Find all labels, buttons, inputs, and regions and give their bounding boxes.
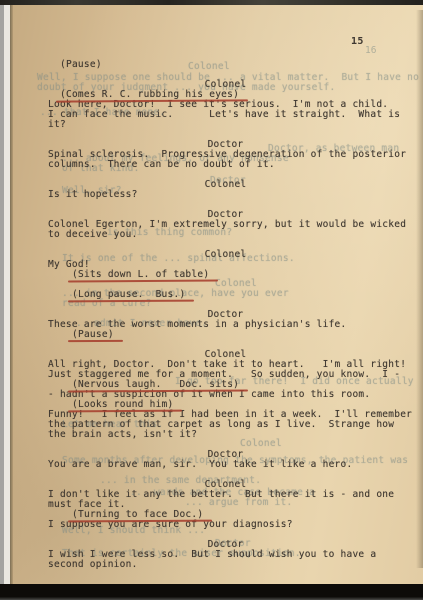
red-underlined-text: (Nervous laugh. Doc. sits)	[72, 380, 239, 390]
red-underlined-text: (Turning to face Doc.)	[72, 510, 203, 520]
dialogue-line: to deceive you.	[48, 230, 403, 240]
red-underlined-text: (Looks round him)	[72, 400, 173, 410]
speaker-name: Colonel	[48, 250, 403, 260]
scan-edge-bottom	[0, 584, 423, 600]
dialogue-line: I can face the music. Let's have it stra…	[48, 110, 403, 120]
dialogue-line: (Pause)	[48, 60, 403, 70]
scanned-typescript-page: ColonelWell, I suppose one should be ...…	[0, 0, 423, 600]
dialogue-line: columns. There can be no doubt of it.	[48, 160, 403, 170]
dialogue-line: the brain acts, isn't it?	[48, 430, 403, 440]
stage-direction-line: (Pause)	[48, 330, 403, 340]
dialogue-line: it?	[48, 120, 403, 130]
paper: ColonelWell, I suppose one should be ...…	[13, 5, 423, 584]
paper-right-edge-shade	[416, 10, 423, 568]
red-underlined-text: (Sits down L. of table)	[72, 270, 209, 280]
dialogue-line: You are a brave man, sir. You take it li…	[48, 460, 403, 470]
red-underlined-text: (Comes R. C. rubbing his eyes)	[60, 90, 239, 100]
dialogue-line: Is it hopeless?	[48, 190, 403, 200]
red-underlined-text: (Pause)	[72, 330, 114, 340]
typed-text-layer: (Pause) Colonel(Comes R. C. rubbing his …	[48, 60, 403, 570]
stage-direction-line: (Long pause. Bus.)	[48, 290, 403, 300]
ghost-page-number: 16	[365, 45, 376, 56]
stage-direction-line: (Sits down L. of table)	[48, 270, 403, 280]
red-underlined-text: (Long pause. Bus.)	[72, 290, 185, 300]
page-number: 15	[351, 36, 364, 47]
dialogue-line: second opinion.	[48, 560, 403, 570]
